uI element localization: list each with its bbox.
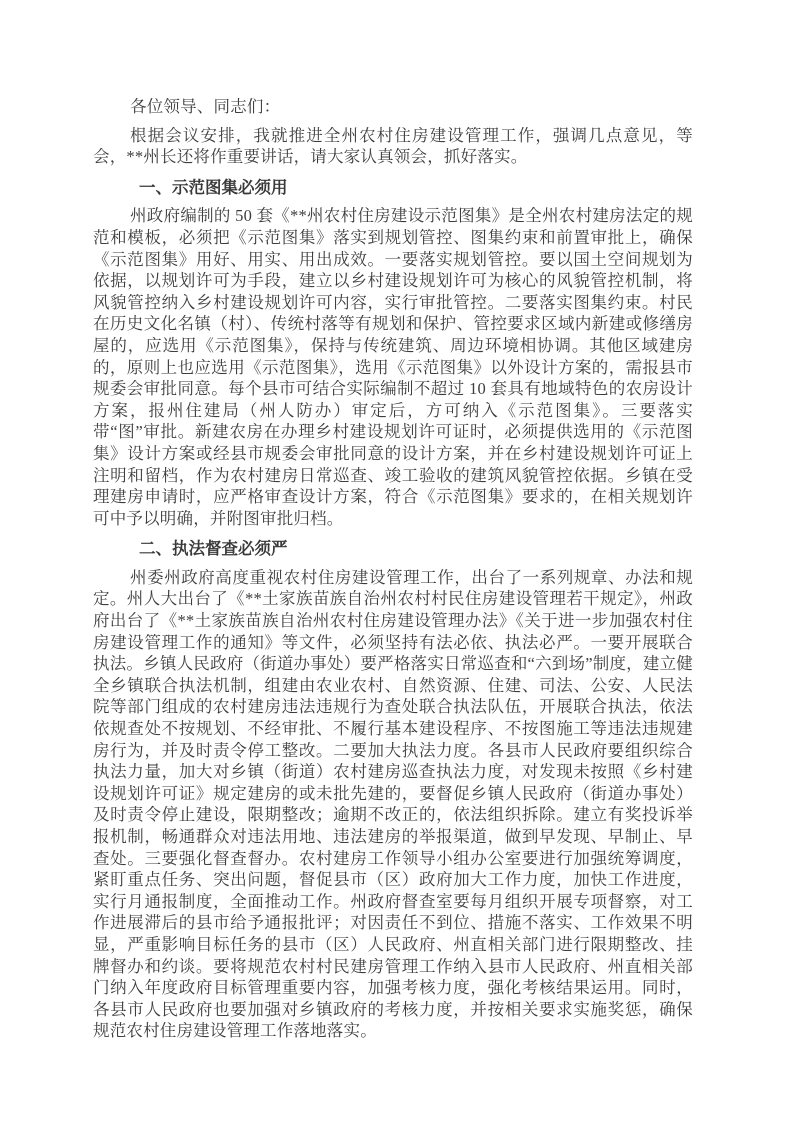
section-2-heading: 二、执法督查必须严 [93,538,693,560]
section-2-paragraph: 州委州政府高度重视农村住房建设管理工作，出台了一系列规章、办法和规定。州人大出台… [93,567,693,1042]
document-page: 各位领导、同志们： 根据会议安排，我就推进全州农村住房建设管理工作，强调几点意见… [0,0,793,1122]
salutation-line: 各位领导、同志们： [93,96,693,118]
section-1-paragraph: 州政府编制的 50 套《**州农村住房建设示范图集》是全州农村建房法定的规范和模… [93,205,693,529]
section-1-heading: 一、示范图集必须用 [93,177,693,199]
intro-paragraph: 根据会议安排，我就推进全州农村住房建设管理工作，强调几点意见，等会，**州长还将… [93,125,693,168]
